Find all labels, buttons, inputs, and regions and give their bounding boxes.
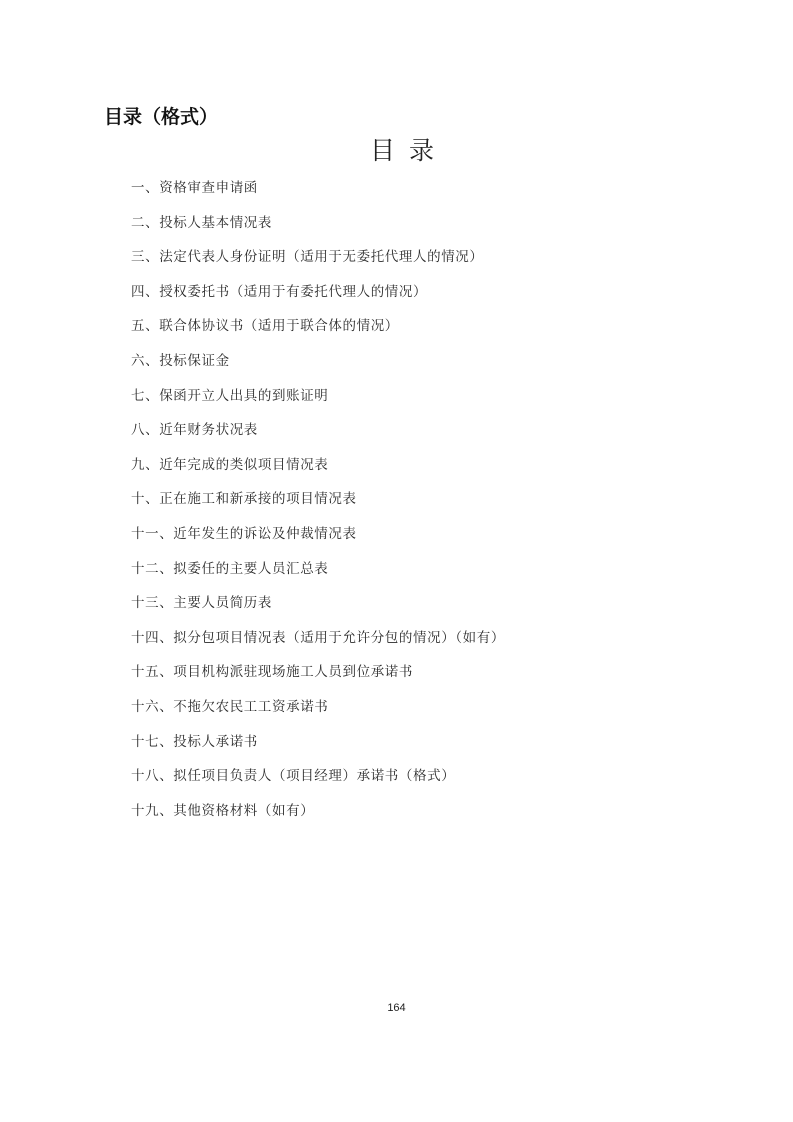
toc-title: 目录: [370, 134, 448, 168]
toc-item: 六、投标保证金: [131, 351, 505, 386]
toc-item: 十九、其他资格材料（如有）: [131, 801, 505, 836]
toc-item: 十七、投标人承诺书: [131, 732, 505, 767]
toc-item: 三、法定代表人身份证明（适用于无委托代理人的情况）: [131, 247, 505, 282]
toc-item: 七、保函开立人出具的到账证明: [131, 386, 505, 421]
toc-item: 二、投标人基本情况表: [131, 213, 505, 248]
toc-list: 一、资格审查申请函 二、投标人基本情况表 三、法定代表人身份证明（适用于无委托代…: [131, 178, 505, 835]
toc-item: 十八、拟任项目负责人（项目经理）承诺书（格式）: [131, 766, 505, 801]
document-page: 目录（格式） 目录 一、资格审查申请函 二、投标人基本情况表 三、法定代表人身份…: [0, 0, 793, 1122]
toc-item: 一、资格审查申请函: [131, 178, 505, 213]
toc-item: 十六、不拖欠农民工工资承诺书: [131, 697, 505, 732]
toc-item: 八、近年财务状况表: [131, 420, 505, 455]
section-heading: 目录（格式）: [104, 104, 218, 130]
toc-item: 五、联合体协议书（适用于联合体的情况）: [131, 316, 505, 351]
toc-item: 十、正在施工和新承接的项目情况表: [131, 489, 505, 524]
toc-item: 十一、近年发生的诉讼及仲裁情况表: [131, 524, 505, 559]
toc-item: 九、近年完成的类似项目情况表: [131, 455, 505, 490]
toc-item: 十二、拟委任的主要人员汇总表: [131, 559, 505, 594]
page-number: 164: [0, 1002, 793, 1014]
toc-item: 四、授权委托书（适用于有委托代理人的情况）: [131, 282, 505, 317]
toc-item: 十三、主要人员简历表: [131, 593, 505, 628]
toc-item: 十四、拟分包项目情况表（适用于允许分包的情况）（如有）: [131, 628, 505, 663]
toc-item: 十五、项目机构派驻现场施工人员到位承诺书: [131, 662, 505, 697]
